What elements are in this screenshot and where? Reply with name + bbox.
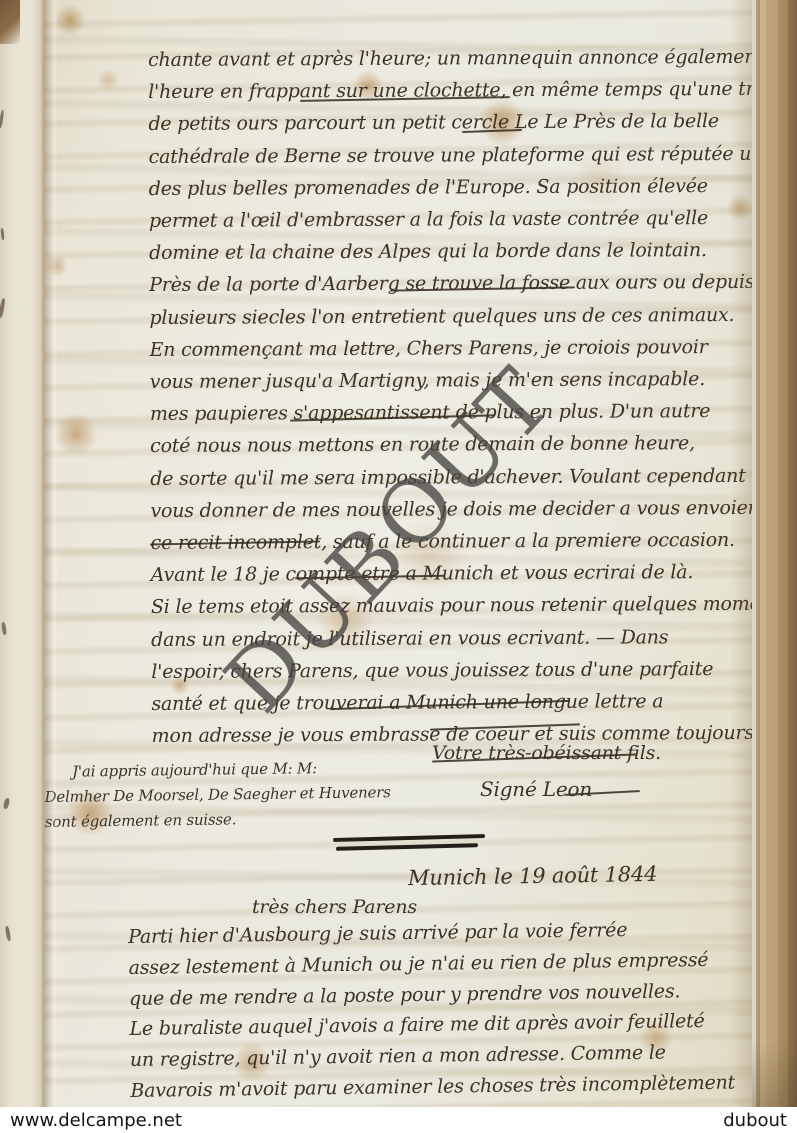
letter-body-line: plusieurs siecles l'on entretient quelqu… — [149, 298, 761, 333]
dateline: Munich le 19 août 1844 — [408, 862, 658, 890]
letter-body-line: Avant le 18 je compte etre a Munich et v… — [151, 556, 763, 591]
page-stain — [96, 68, 120, 92]
letter-body-line: vous mener jusqu'a Martigny, mais je m'e… — [150, 363, 762, 398]
letter-body-line: domine et la chaine des Alpes qui la bor… — [149, 234, 761, 269]
letter-body-line: de petits ours parcourt un petit cercle … — [148, 105, 760, 140]
salutation: très chers Parens — [252, 896, 417, 918]
letter-body-line: chante avant et après l'heure; un manneq… — [148, 41, 760, 76]
letter-body-line: Près de la porte d'Aarberg se trouve la … — [149, 266, 761, 301]
manuscript-scan: chante avant et après l'heure; un manneq… — [0, 0, 797, 1133]
signature-line: Signé Leon — [480, 777, 592, 801]
watermark-band: www.delcampe.net dubout — [0, 1107, 797, 1133]
letter-body-line: Si le tems etoit assez mauvais pour nous… — [151, 588, 763, 623]
seller-watermark: dubout — [723, 1110, 787, 1131]
previous-page-corner — [0, 0, 20, 44]
letter-body-line: permet a l'œil d'embrasser a la fois la … — [149, 202, 761, 237]
letter-two-body: Parti hier d'Ausbourg je suis arrivé par… — [128, 913, 761, 1107]
previous-page-edge — [0, 0, 44, 1133]
delcampe-watermark: www.delcampe.net — [10, 1110, 182, 1131]
letter-body-line: l'heure en frappant sur une clochette, e… — [148, 73, 760, 108]
margin-note: J'ai appris aujourd'hui que M: M: Delmhe… — [44, 755, 391, 835]
margin-note-line: Delmher De Moorsel, De Saegher et Huvene… — [44, 780, 391, 810]
book-binding-edge — [752, 0, 797, 1133]
page-stain — [54, 4, 86, 36]
letter-body-line: En commençant ma lettre, Chers Parens, j… — [150, 331, 762, 366]
letter-body-line: des plus belles promenades de l'Europe. … — [149, 170, 761, 205]
page-stain — [54, 412, 98, 456]
gutter-crease — [44, 0, 58, 1133]
letter-body-line: cathédrale de Berne se trouve une platef… — [149, 137, 761, 172]
page-edge-shadow — [730, 0, 752, 1133]
margin-note-line: sont également en suisse. — [45, 805, 392, 835]
